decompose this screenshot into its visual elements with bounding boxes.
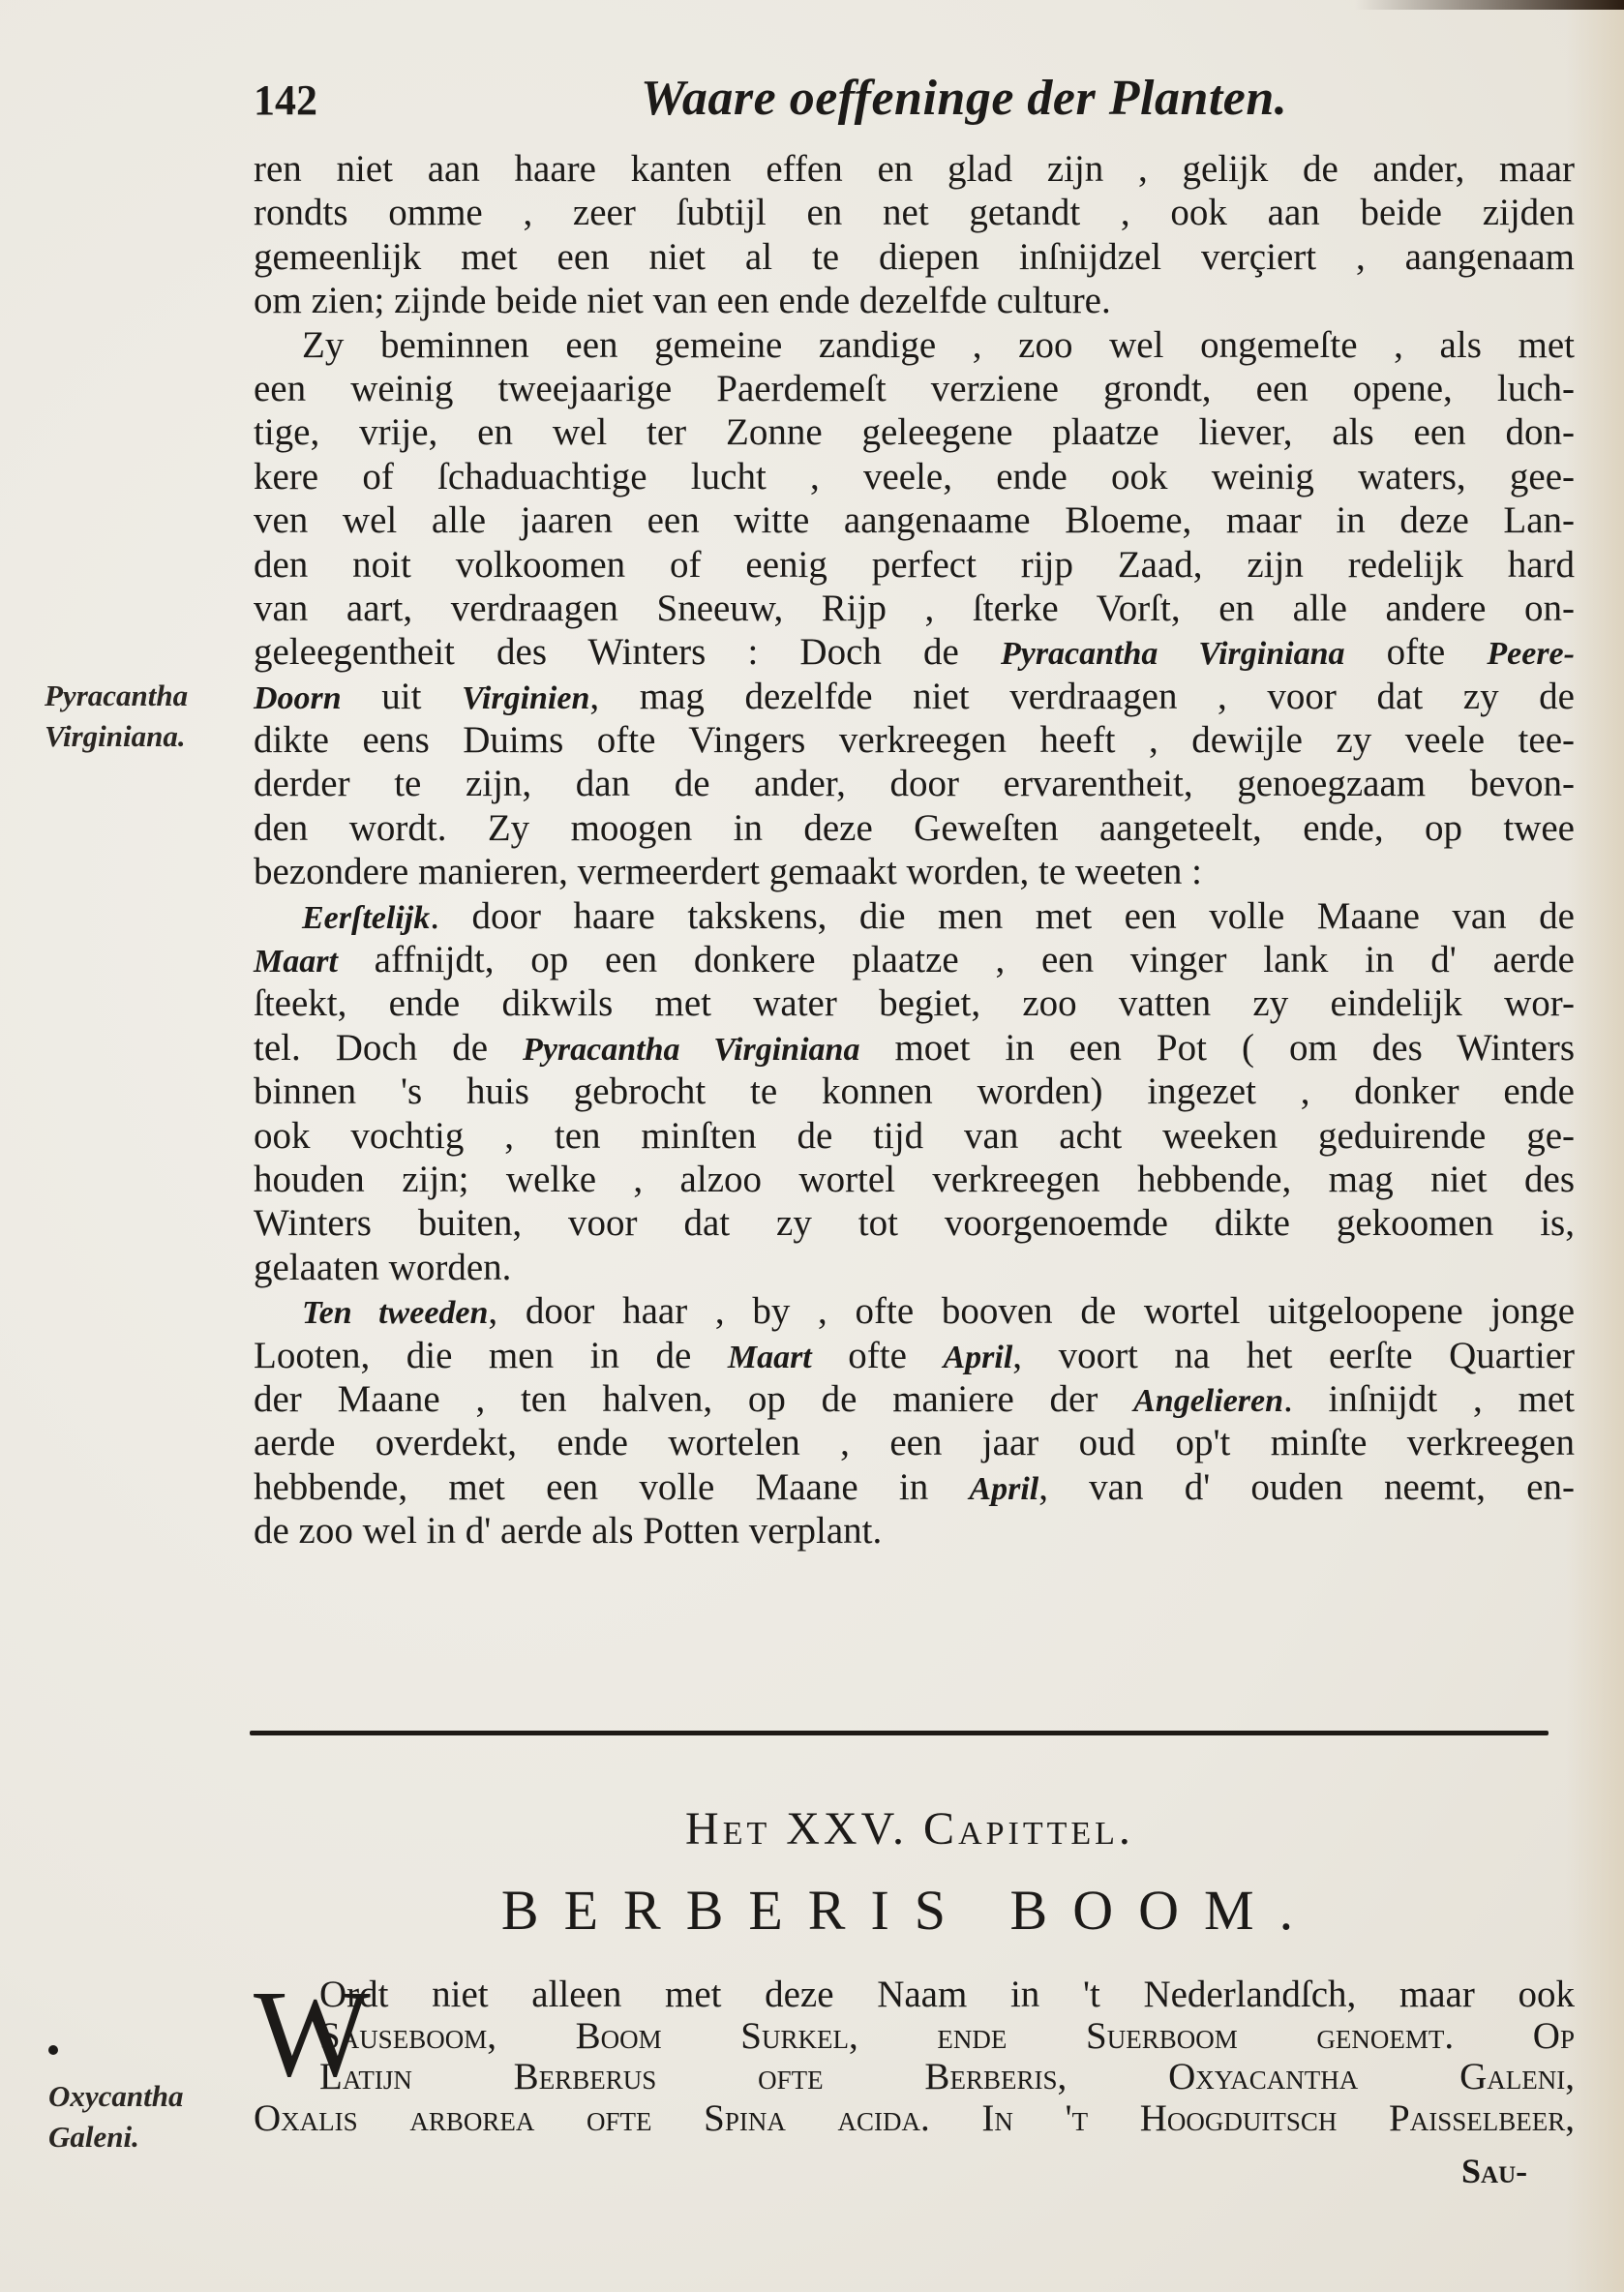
text-line: den noit volkoomen of eenig perfect rijp…	[254, 543, 1575, 587]
margin-note-line: Pyracantha	[45, 676, 188, 716]
text-line: bezondere manieren, vermeerdert gemaakt …	[254, 850, 1575, 893]
text-line: houden zijn; welke , alzoo wortel verkre…	[254, 1158, 1575, 1201]
text-segment: der Maane , ten halven, op de maniere de…	[254, 1378, 1133, 1420]
italic-term: April	[943, 1340, 1012, 1375]
text-line: hebbende, met een volle Maane in April, …	[254, 1465, 1575, 1509]
text-line: aerde overdekt, ende wortelen , een jaar…	[254, 1421, 1575, 1464]
text-line: ven wel alle jaaren een witte aangenaame…	[254, 498, 1575, 542]
margin-note-line: Galeni.	[48, 2117, 184, 2157]
chapter-number: Het XXV. Capittel.	[232, 1802, 1587, 1855]
text-line: om zien; zijnde beide niet van een ende …	[254, 279, 1575, 322]
text-line: derder te zijn, dan de ander, door ervar…	[254, 762, 1575, 805]
margin-note-oxycantha: Oxycantha Galeni.	[48, 2076, 184, 2157]
italic-term: Virginien	[462, 680, 589, 716]
text-segment: . door haare takskens, die men met een v…	[430, 895, 1575, 937]
running-title: Waare oeffeninge der Planten.	[641, 70, 1287, 127]
italic-term: Pyracantha Virginiana	[523, 1032, 859, 1068]
text-line: Winters buiten, voor dat zy tot voorgeno…	[254, 1201, 1575, 1245]
page-edge-shadow	[1566, 0, 1624, 2292]
text-segment: , mag dezelfde niet verdraagen , voor da…	[589, 676, 1575, 717]
section-rule	[250, 1731, 1549, 1735]
text-segment: moet in een Pot ( om des Winters	[859, 1027, 1575, 1069]
text-line: Doorn uit Virginien, mag dezelfde niet v…	[254, 675, 1575, 718]
text-line: ren niet aan haare kanten effen en glad …	[254, 147, 1575, 191]
page-top-edge	[1355, 0, 1624, 10]
catchword: Sau-	[1461, 2151, 1527, 2191]
margin-note-pyracantha: Pyracantha Virginiana.	[45, 676, 188, 757]
text-segment: affnijdt, op een donkere plaatze , een v…	[338, 939, 1575, 980]
text-line: Ten tweeden, door haar , by , ofte boove…	[254, 1289, 1575, 1333]
text-line: een weinig tweejaarige Paerdemeſt verzie…	[254, 367, 1575, 410]
text-segment: , van d' ouden neemt, en-	[1038, 1466, 1575, 1508]
text-line: binnen 's huis gebrocht te konnen worden…	[254, 1070, 1575, 1113]
text-line: Ordt niet alleen met deze Naam in 't Ned…	[254, 1975, 1575, 2016]
margin-note-line: Virginiana.	[45, 716, 188, 757]
body-text: ren niet aan haare kanten effen en glad …	[254, 147, 1575, 1553]
text-line: ſteekt, ende dikwils met water begiet, z…	[254, 981, 1575, 1025]
book-page: 142 Waare oeffeninge der Planten. Pyraca…	[0, 0, 1624, 2292]
text-line: tel. Doch de Pyracantha Virginiana moet …	[254, 1026, 1575, 1070]
text-segment: uit	[342, 676, 462, 717]
italic-term: Peere-	[1487, 636, 1575, 672]
italic-term: Ten tweeden	[302, 1295, 488, 1331]
text-segment: ofte	[1344, 631, 1487, 673]
text-segment: geleegentheit des Winters : Doch de	[254, 631, 1001, 673]
text-line: tige, vrije, en wel ter Zonne geleegene …	[254, 410, 1575, 454]
text-line: van aart, verdraagen Sneeuw, Rijp , ſter…	[254, 587, 1575, 630]
text-segment: tel. Doch de	[254, 1027, 523, 1069]
text-line: Eerſtelijk. door haare takskens, die men…	[254, 894, 1575, 938]
italic-term: Eerſtelijk	[302, 900, 430, 936]
text-segment: hebbende, met een volle Maane in	[254, 1466, 969, 1508]
text-line: kere of ſchaduachtige lucht , veele, end…	[254, 455, 1575, 498]
text-line: rondts omme , zeer ſubtijl en net getand…	[254, 191, 1575, 234]
margin-note-line: Oxycantha	[48, 2076, 184, 2117]
italic-term: Maart	[254, 944, 338, 980]
text-segment: , door haar , by , ofte booven de wortel…	[488, 1290, 1575, 1332]
text-line: Maart affnijdt, op een donkere plaatze ,…	[254, 938, 1575, 981]
text-segment: , voort na het eerſte Quartier	[1012, 1335, 1575, 1376]
margin-bullet	[48, 2045, 58, 2055]
text-line: dikte eens Duims ofte Vingers verkreegen…	[254, 718, 1575, 762]
running-head: 142 Waare oeffeninge der Planten.	[254, 70, 1338, 137]
text-line: Sauseboom, Boom Surkel, ende Suerboom ge…	[254, 2016, 1575, 2058]
text-line: Zy beminnen een gemeine zandige , zoo we…	[254, 323, 1575, 367]
text-line: den wordt. Zy moogen in deze Geweſten aa…	[254, 806, 1575, 850]
text-line: de zoo wel in d' aerde als Potten verpla…	[254, 1509, 1575, 1553]
italic-term: Doorn	[254, 680, 342, 716]
text-segment: ofte	[812, 1335, 944, 1376]
italic-term: Pyracantha Virginiana	[1001, 636, 1345, 672]
text-segment: Looten, die men in de	[254, 1335, 728, 1376]
text-line: Oxalis arborea ofte Spina acida. In 't H…	[254, 2098, 1575, 2140]
text-line: gemeenlijk met een niet al te diepen inſ…	[254, 235, 1575, 279]
text-line: ook vochtig , ten minſten de tijd van ac…	[254, 1114, 1575, 1158]
text-line: gelaaten worden.	[254, 1246, 1575, 1289]
italic-term: Maart	[728, 1340, 812, 1375]
italic-term: Angelieren	[1133, 1383, 1283, 1419]
text-line: der Maane , ten halven, op de maniere de…	[254, 1377, 1575, 1421]
text-segment: . inſnijdt , met	[1283, 1378, 1575, 1420]
italic-term: April	[969, 1471, 1038, 1507]
chapter-paragraph: W Ordt niet alleen met deze Naam in 't N…	[254, 1975, 1575, 2139]
text-line: geleegentheit des Winters : Doch de Pyra…	[254, 630, 1575, 674]
text-line: Latijn Berberus ofte Berberis, Oxyacanth…	[254, 2057, 1575, 2098]
chapter-title: BERBERIS BOOM.	[232, 1878, 1587, 1943]
drop-cap: W	[254, 1980, 371, 2087]
text-line: Looten, die men in de Maart ofte April, …	[254, 1334, 1575, 1377]
page-number: 142	[254, 75, 317, 125]
